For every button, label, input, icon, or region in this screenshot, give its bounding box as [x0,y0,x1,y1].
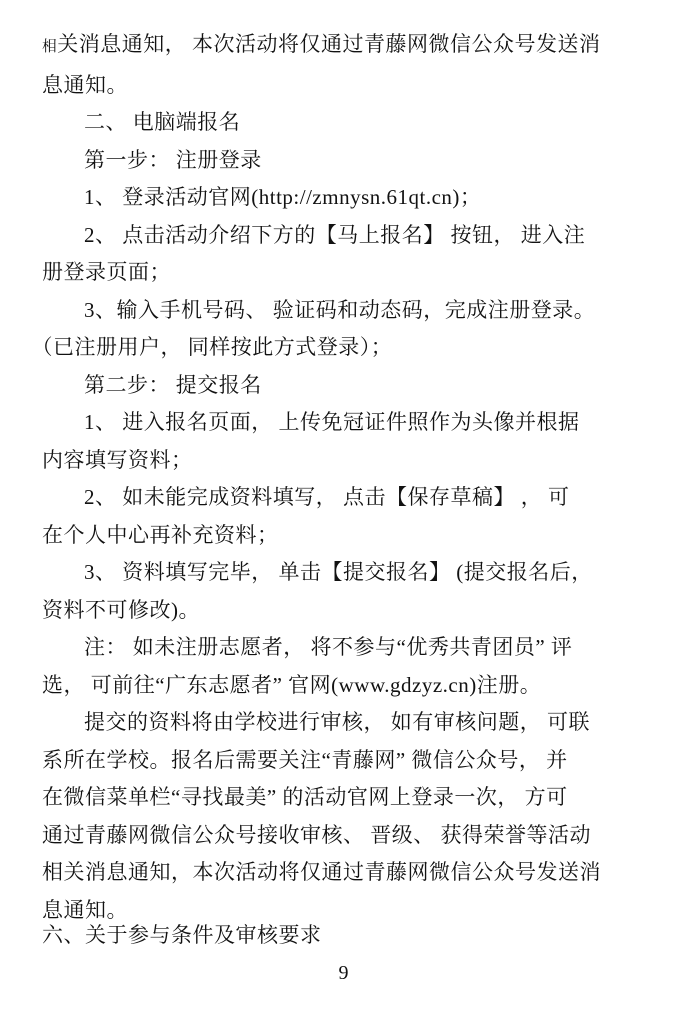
text-line: 提交的资料将由学校进行审核， 如有审核问题， 可联 [42,704,645,742]
section-heading: 六、关于参与条件及审核要求 [42,917,645,955]
page-number: 9 [42,955,645,993]
text-line: 内容填写资料； [42,442,645,480]
document-body: 相关消息通知， 本次活动将仅通过青藤网微信公众号发送消 息通知。 二、 电脑端报… [0,0,675,1024]
text-line: 息通知。 [42,67,645,105]
text-line-url: 选， 可前往“广东志愿者” 官网(www.gdzyz.cn)注册。 [42,667,645,705]
text-line: 3、 资料填写完毕， 单击【提交报名】 (提交报名后， [42,554,645,592]
text-line: 注： 如未注册志愿者， 将不参与“优秀共青团员” 评 [42,629,645,667]
text-line: 二、 电脑端报名 [42,104,645,142]
text-line: 在微信菜单栏“寻找最美” 的活动官网上登录一次， 方可 [42,779,645,817]
text-line: 系所在学校。报名后需要关注“青藤网” 微信公众号， 并 [42,742,645,780]
text-line: 册登录页面； [42,254,645,292]
text-line: 2、 如未能完成资料填写， 点击【保存草稿】 ， 可 [42,479,645,517]
text-line: 2、 点击活动介绍下方的【马上报名】 按钮， 进入注 [42,217,645,255]
text-line-url: 1、 登录活动官网(http://zmnysn.61qt.cn)； [42,179,645,217]
text-line: 第一步： 注册登录 [42,142,645,180]
text-line: 相关消息通知，本次活动将仅通过青藤网微信公众号发送消 [42,854,645,892]
text-line: 第二步： 提交报名 [42,367,645,405]
text-line: 在个人中心再补充资料； [42,517,645,555]
text-line: 1、 进入报名页面， 上传免冠证件照作为头像并根据 [42,404,645,442]
text-line: （已注册用户， 同样按此方式登录）； [32,329,646,367]
text-line: 通过青藤网微信公众号接收审核、 晋级、 获得荣誉等活动 [42,817,645,855]
text-line: 资料不可修改)。 [42,592,645,630]
document-page: { "doc": { "lines": [ { "text": "相关消息通知，… [0,0,675,1024]
text-line: 相关消息通知， 本次活动将仅通过青藤网微信公众号发送消 [42,26,645,67]
text-line: 3、输入手机号码、 验证码和动态码，完成注册登录。 [42,292,645,330]
